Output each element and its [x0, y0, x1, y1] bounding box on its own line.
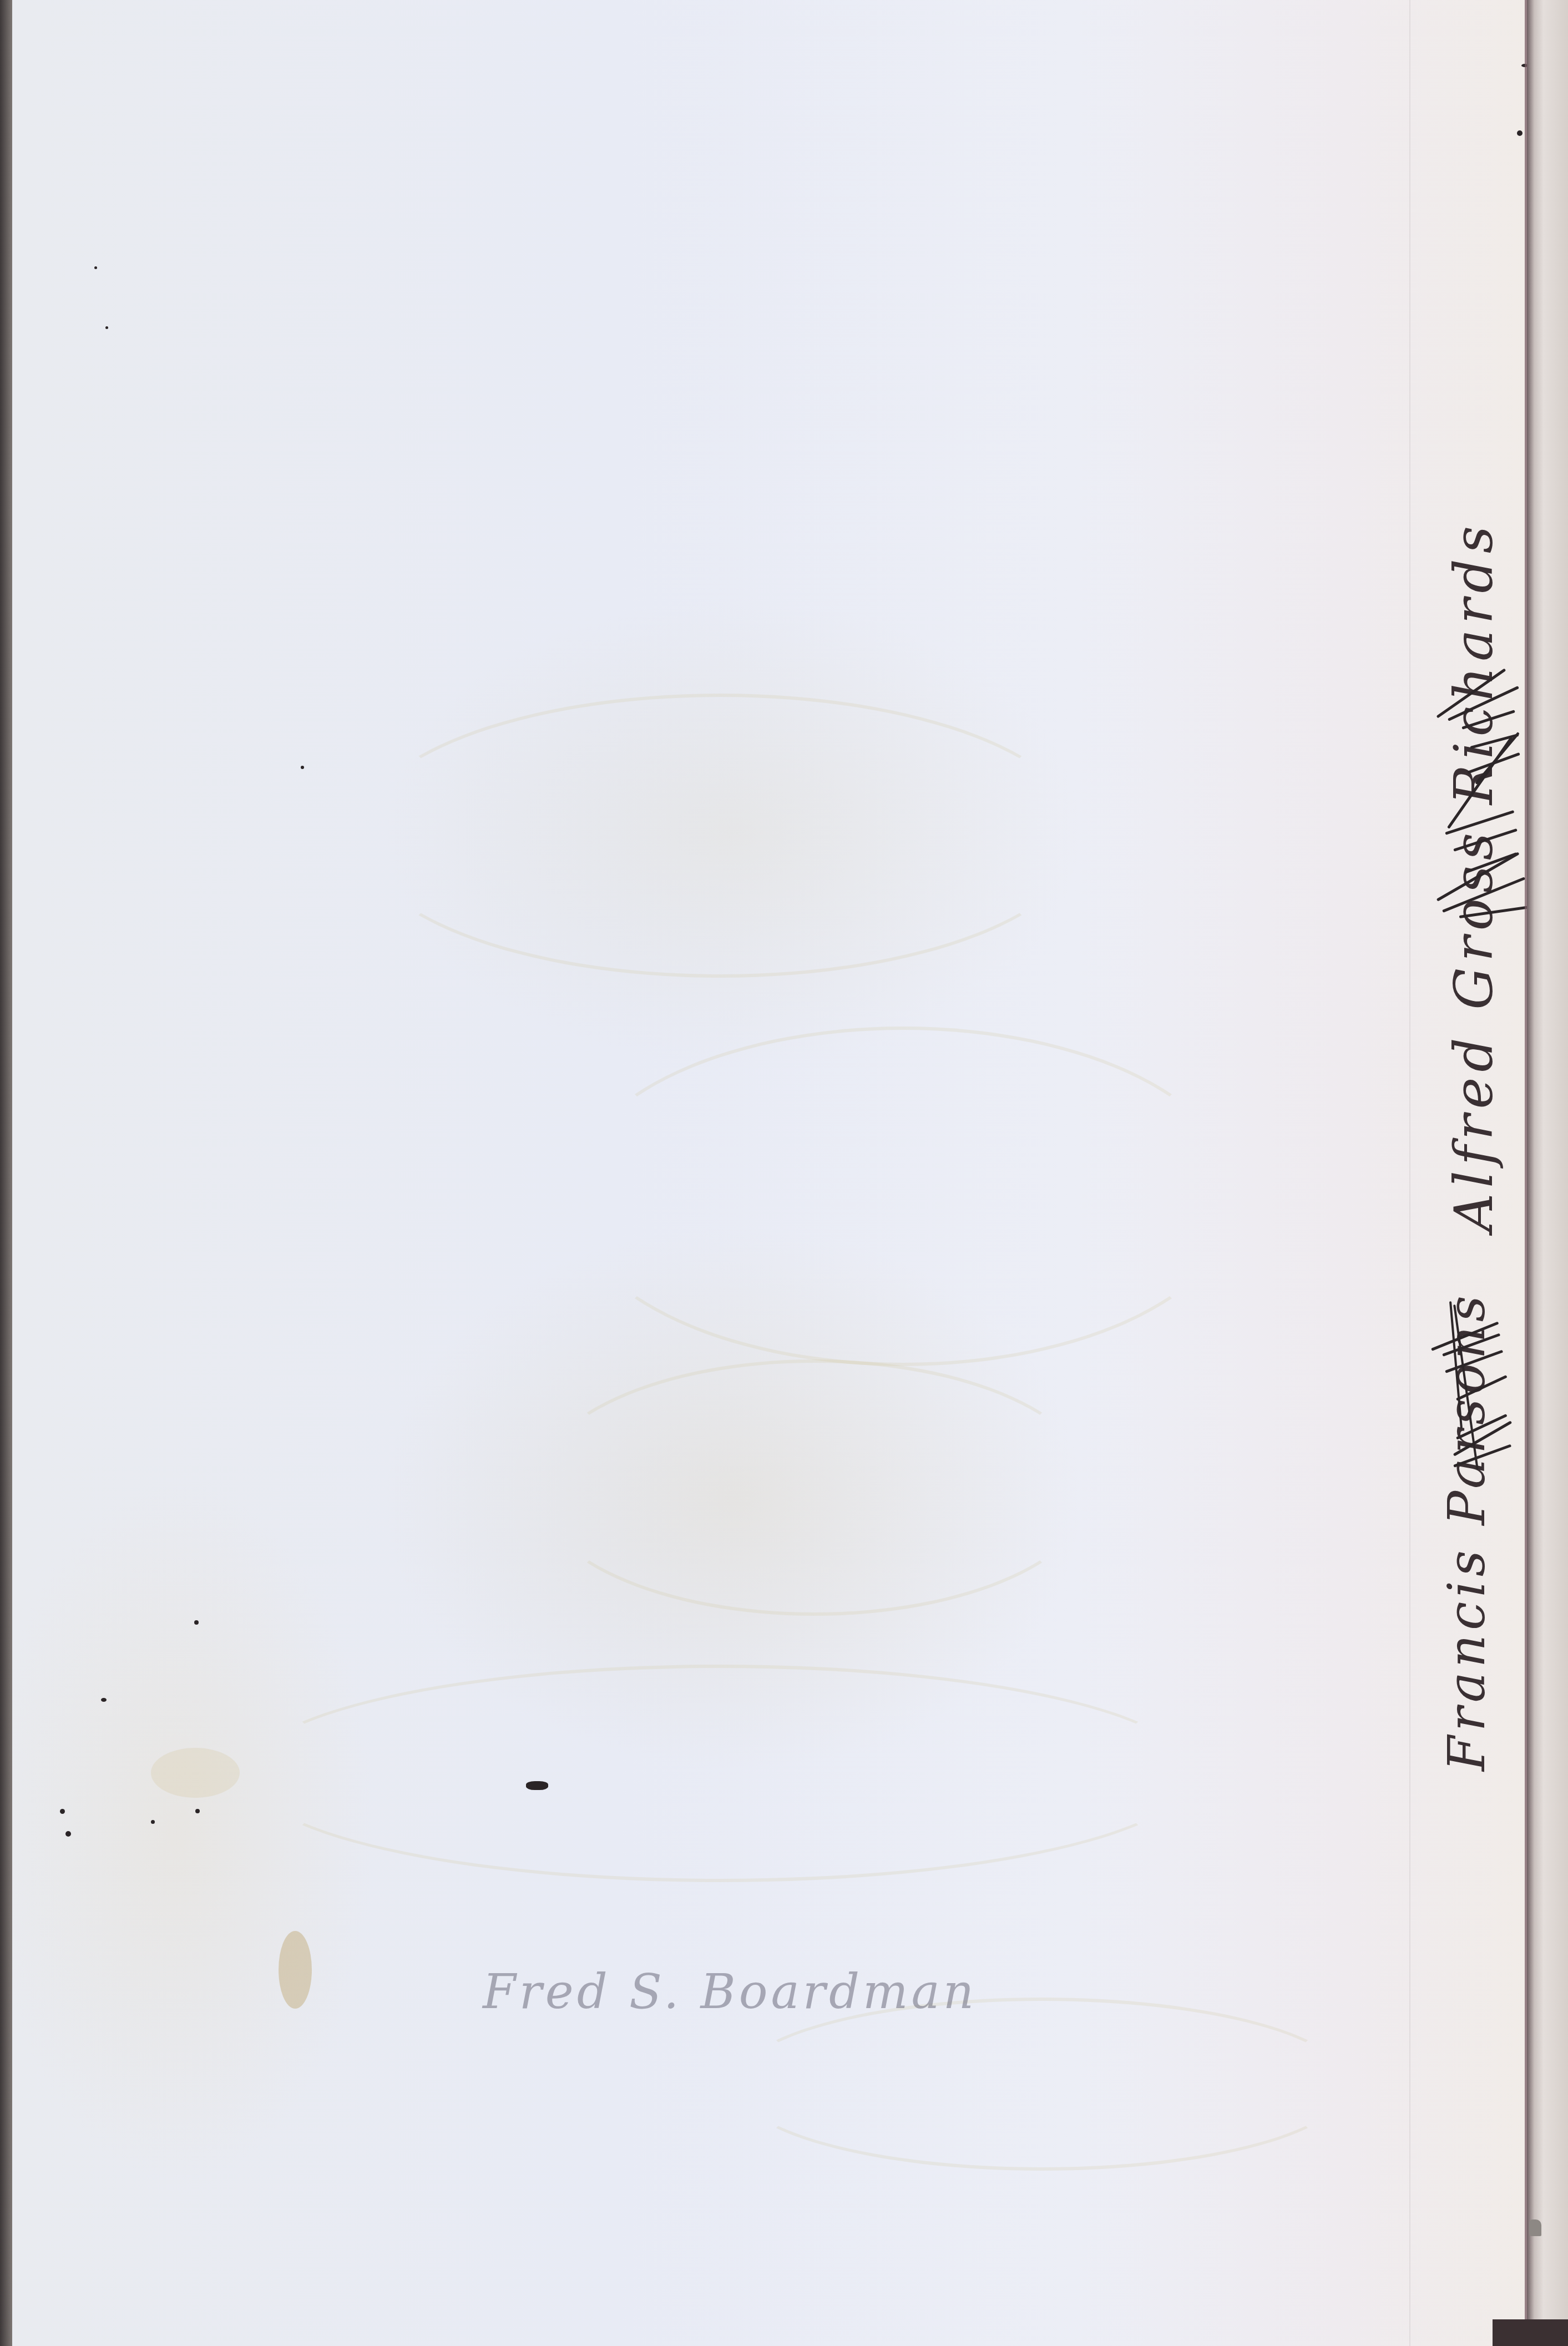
document-scan: Alfred Gross Richards Francis Parsons Fr…	[0, 0, 1568, 2346]
age-stain	[151, 1748, 240, 1798]
ink-speck	[101, 1698, 107, 1702]
bleed-through-ornament	[534, 1359, 1095, 1616]
bleed-through-ornament	[245, 1665, 1195, 1882]
ink-speck	[151, 1820, 155, 1824]
ink-speck	[105, 326, 108, 329]
ink-speck	[526, 1781, 548, 1790]
ink-speck	[65, 1831, 71, 1837]
binding-edge-right	[1527, 0, 1568, 2346]
page-tear	[1529, 2219, 1541, 2236]
book-cover-corner	[1493, 2319, 1568, 2346]
ink-speck	[194, 1620, 199, 1625]
page-fold-line	[1409, 0, 1410, 2346]
crossed-out-name-2: Francis Parsons	[1437, 1287, 1504, 1776]
ink-speck	[195, 1809, 200, 1813]
bleed-through-ornament	[567, 1027, 1240, 1366]
ink-speck	[94, 266, 97, 269]
bleed-through-ornament	[356, 694, 1084, 978]
age-stain	[279, 1931, 312, 2009]
ink-speck	[60, 1809, 65, 1814]
ink-speck	[301, 766, 304, 769]
ink-speck	[1517, 130, 1523, 136]
pencil-inscription: Fred S. Boardman	[483, 1964, 1126, 2031]
